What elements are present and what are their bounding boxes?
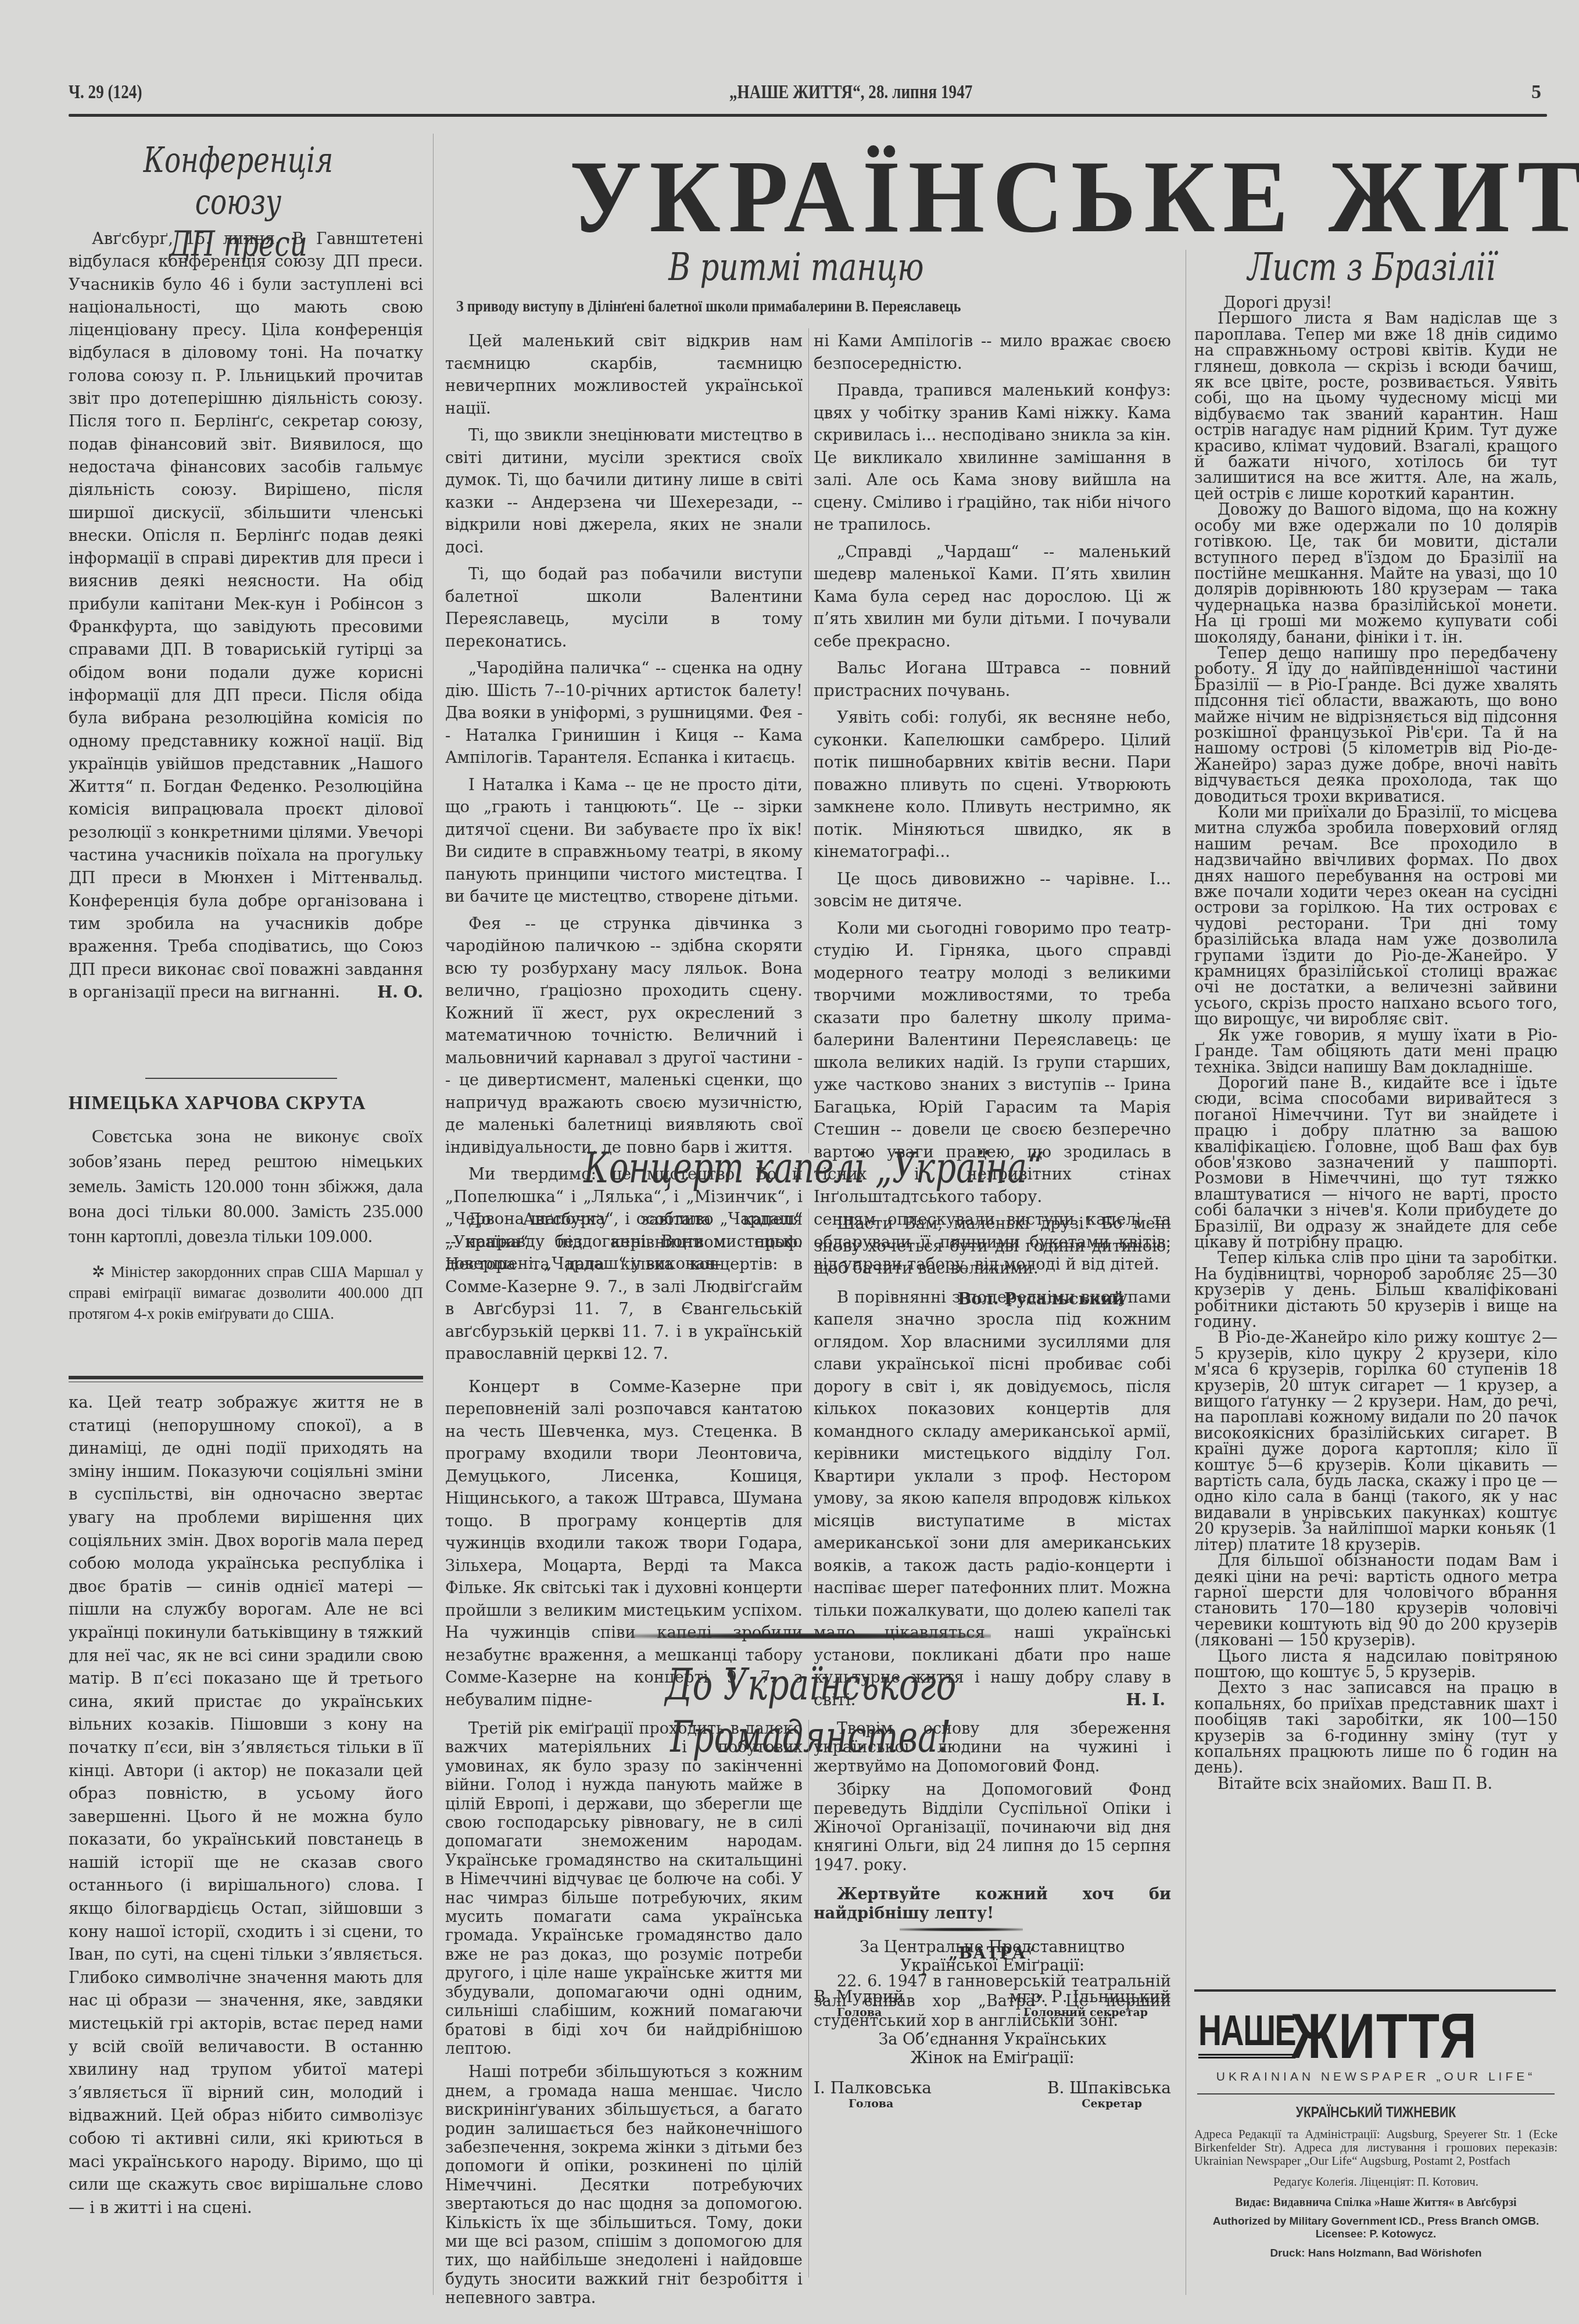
divider bbox=[69, 1382, 423, 1382]
divider bbox=[145, 1078, 337, 1079]
paragraph: В Ріо-де-Жанейро кіло рижу коштує 2—5 кр… bbox=[1194, 1330, 1557, 1553]
ornamental-divider bbox=[631, 1633, 991, 1639]
paragraph: Ті, що звикли знецінювати мистецтво в св… bbox=[445, 424, 803, 558]
divider bbox=[1194, 1989, 1556, 1992]
dance-column-1: Цей маленький світ відкрив нам таємницю … bbox=[445, 330, 803, 1275]
appeal-column-1: Третій рік еміґрації проходить в далеко … bbox=[445, 1720, 803, 2308]
page-number: 5 bbox=[1531, 81, 1541, 103]
publisher: Видає: Видавнича Спілка »Наше Життя« в А… bbox=[1194, 2194, 1557, 2211]
dance-title: В ритмі танцю bbox=[592, 244, 1000, 290]
editor: Редаґує Колеґія. Ліценціят: П. Котович. bbox=[1194, 2174, 1557, 2190]
paragraph: Збірку на Допомоговий Фонд переведуть Ві… bbox=[814, 1781, 1171, 1875]
paragraph: Наші потреби збільшуються з кожним днем,… bbox=[445, 2063, 803, 2308]
paragraph: Правда, трапився маленький конфуз: цвях … bbox=[814, 379, 1171, 536]
vatra-article: „ВАТРА“ 22. 6. 1947 в ганноверській теат… bbox=[814, 1943, 1171, 2031]
concert-title: Концерт капелі „Україна“ bbox=[532, 1142, 1094, 1194]
printer: Druck: Hans Holzmann, Bad Wörishofen bbox=[1194, 2246, 1557, 2262]
greeting: Дорогі друзі! bbox=[1194, 295, 1557, 311]
paragraph: Ті, що бодай раз побачили виступи балетн… bbox=[445, 563, 803, 652]
dance-subtitle: З приводу виступу в Ділінґені балетної ш… bbox=[456, 297, 961, 316]
paragraph: Першого листа я Вам надіслав ще з паропл… bbox=[1194, 311, 1557, 502]
signer-role: Голова bbox=[814, 2097, 932, 2110]
paragraph: Третій рік еміґрації проходить в далеко … bbox=[445, 1720, 803, 2058]
column-separator bbox=[808, 1208, 809, 1592]
paragraph: Уявіть собі: голубі, як весняне небо, су… bbox=[814, 706, 1171, 863]
signer-name: В. Шпаківська bbox=[1047, 2078, 1171, 2097]
newspaper-page: Ч. 29 (124) „НАШЕ ЖИТТЯ“, 28. липня 1947… bbox=[0, 0, 1579, 2324]
paragraph: Вальс Иогана Штравса -- повний пристрасн… bbox=[814, 657, 1171, 702]
divider bbox=[1197, 2093, 1555, 2095]
logo-zhyttia: ЖИТТЯ bbox=[1291, 2007, 1477, 2065]
paragraph: „Справді „Чардаш“ -- маленький шедевр ма… bbox=[814, 541, 1171, 653]
paragraph: „Чародійна паличка“ -- сценка на одну ді… bbox=[445, 657, 803, 769]
paragraph: сенням оплескували виступи капелі та обд… bbox=[814, 1208, 1171, 1276]
paragraph: Творім основу для збереження української… bbox=[814, 1720, 1171, 1776]
column-separator bbox=[433, 134, 434, 2295]
paragraph: Для більшої обізнаности подам Вам і деяк… bbox=[1194, 1553, 1557, 1648]
vatra-paragraph: 22. 6. 1947 в ганноверській театральній … bbox=[814, 1972, 1171, 2031]
weekly-label: УКРАЇНСЬКИЙ ТИЖНЕВИК bbox=[1222, 2104, 1530, 2121]
paragraph: Це щось дивовижно -- чарівне. І... зовсі… bbox=[814, 868, 1171, 913]
conference-article: Авґсбурґ, 15. липня. В Гавнштетені відбу… bbox=[69, 228, 423, 1004]
divider bbox=[69, 1376, 423, 1379]
signer-name: І. Палковська bbox=[814, 2078, 932, 2097]
header-rule bbox=[69, 114, 1547, 117]
address: Адреса Редакції та Адміністрації: Augsbu… bbox=[1194, 2128, 1557, 2168]
column-separator bbox=[808, 1720, 809, 2278]
newspaper-date-line: „НАШЕ ЖИТТЯ“, 28. липня 1947 bbox=[729, 81, 972, 103]
paragraph: ні Ками Ампілогів -- мило вражає своєю б… bbox=[814, 330, 1171, 375]
ornamental-divider bbox=[900, 1928, 1023, 1931]
section-masthead: УКРАЇНСЬКЕ ЖИТТЯ bbox=[570, 137, 1381, 247]
paragraph: Тепер кілька слів про ціни та заробітки.… bbox=[1194, 1250, 1557, 1330]
paragraph: В порівнянні з попередніми виступами кап… bbox=[814, 1286, 1171, 1712]
paragraph: І Наталка і Кама -- це не просто діти, щ… bbox=[445, 774, 803, 908]
authorization: Authorized by Military Government ICD., … bbox=[1194, 2215, 1557, 2241]
paragraph: Цього листа я надсилаю повітряною поштою… bbox=[1194, 1649, 1557, 1681]
paragraph: Дехто з нас записався на працю в копальн… bbox=[1194, 1680, 1557, 1776]
food-crisis-paragraph: Совєтська зона не виконує своїх зобов’яз… bbox=[69, 1124, 423, 1249]
colophon: УКРАЇНСЬКИЙ ТИЖНЕВИК Адреса Редакції та … bbox=[1194, 2104, 1557, 2262]
org2-signers: І. ПалковськаГолова В. ШпаківськаСекрета… bbox=[814, 2078, 1171, 2110]
call-to-action: Жертвуйте кожний хоч би найдрібнішу лепт… bbox=[814, 1885, 1171, 1923]
paragraph: Дорогий пане В., кидайте все і їдьте сюд… bbox=[1194, 1075, 1557, 1250]
paragraph: Коли ми приїхали до Бразілії, то місцева… bbox=[1194, 805, 1557, 1028]
logo-subtitle: UKRAINIAN NEWSPAPER „OUR LIFE“ bbox=[1194, 2070, 1557, 2084]
org2-name: За Об’єднання Українських Жінок на Еміґр… bbox=[814, 2031, 1171, 2068]
brazil-letter: Дорогі друзі! Першого листа я Вам надісл… bbox=[1194, 295, 1557, 1792]
theatre-article-continuation: ка. Цей театр зображує життя не в статиц… bbox=[69, 1391, 423, 2219]
brazil-title: Лист з Бразілії bbox=[1229, 244, 1514, 290]
issue-number: Ч. 29 (124) bbox=[69, 81, 142, 103]
paragraph: Фея -- це струнка дівчинка з чародійною … bbox=[445, 913, 803, 1159]
paragraph: До Авґсбурґу завітала капеля „Україна“ п… bbox=[445, 1208, 803, 1365]
food-crisis-note: Міністер закордонних справ США Маршал у … bbox=[69, 1263, 423, 1322]
vatra-title: „ВАТРА“ bbox=[814, 1943, 1171, 1963]
appeal-column-2: Творім основу для збереження української… bbox=[814, 1720, 1171, 2110]
paragraph: Тепер дещо напишу про передбачену роботу… bbox=[1194, 645, 1557, 805]
food-crisis-title: НІМЕЦЬКА ХАРЧОВА СКРУТА bbox=[69, 1092, 406, 1114]
logo-nashe: НАШЕ bbox=[1198, 2007, 1295, 2058]
column-separator bbox=[808, 328, 809, 1153]
conference-paragraph: Авґсбурґ, 15. липня. В Гавнштетені відбу… bbox=[69, 228, 423, 1004]
star-icon: ✲ bbox=[92, 1263, 105, 1281]
column-separator bbox=[1186, 250, 1186, 2295]
paragraph: Вітайте всіх знайомих. Ваш П. В. bbox=[1194, 1776, 1557, 1792]
newspaper-logo: НАШЕ ЖИТТЯ bbox=[1198, 2007, 1553, 2071]
paragraph: Як уже говорив, я мушу їхати в Ріо-Ґранд… bbox=[1194, 1028, 1557, 1075]
paragraph: Довожу до Вашого відома, що на кожну осо… bbox=[1194, 502, 1557, 645]
theatre-paragraph: ка. Цей театр зображує життя не в статиц… bbox=[69, 1391, 423, 2219]
paragraph: Цей маленький світ відкрив нам таємницю … bbox=[445, 330, 803, 419]
signer-role: Секретар bbox=[1047, 2097, 1171, 2110]
food-crisis-article: НІМЕЦЬКА ХАРЧОВА СКРУТА Совєтська зона н… bbox=[69, 1092, 423, 1324]
